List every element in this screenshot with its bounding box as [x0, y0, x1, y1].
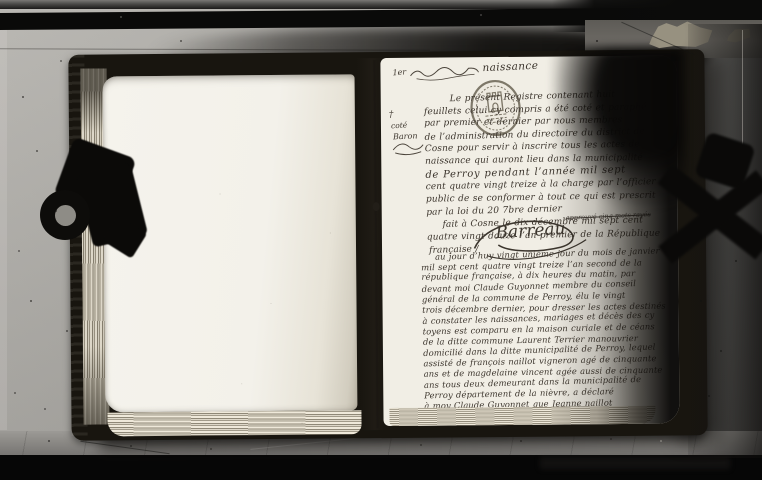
- microfilm-photo-stage: 1er naissance † coté Baron: [0, 0, 762, 480]
- left-edge-highlight: [0, 26, 7, 430]
- left-clamp-ring: [40, 190, 90, 240]
- film-bottom-bar: [0, 455, 762, 480]
- left-page-specks: [68, 55, 69, 56]
- open-register-book: 1er naissance † coté Baron: [68, 49, 707, 441]
- right-page-manuscript: 1er naissance † coté Baron: [380, 55, 679, 426]
- left-page-bottom-edges: [107, 410, 361, 436]
- book-gutter-stitch-knot: [373, 202, 380, 211]
- film-dust-specks: [0, 0, 2, 2]
